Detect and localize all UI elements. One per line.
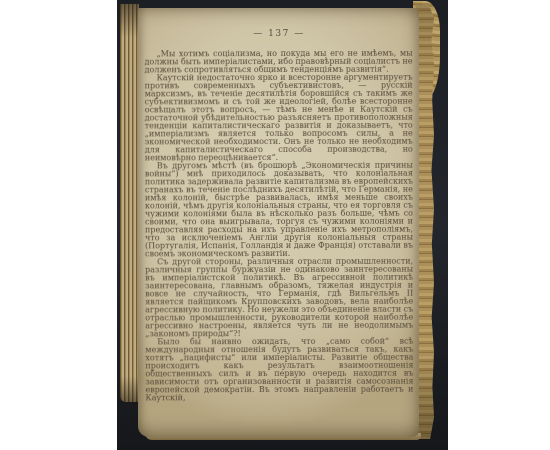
paragraph-kautsky-critique: Каутскій недостаточно ярко и всесторонне… <box>145 74 413 163</box>
page-text: „Мы хотимъ соціализма, но покуда мы его … <box>145 50 414 403</box>
book-photo: — 137 — „Мы хотимъ соціализма, но покуда… <box>117 0 448 450</box>
page-number: — 137 — <box>145 29 413 39</box>
book-gutter-pages <box>120 4 139 402</box>
paragraph-colonial-policy: Въ другомъ мѣстѣ (въ брошюрѣ „Экономичес… <box>145 162 413 259</box>
paragraph-industry-groups: Съ другой стороны, различныя отрасли про… <box>145 258 413 339</box>
book-page: — 137 — „Мы хотимъ соціализма, но покуда… <box>138 8 419 437</box>
photo-background: — 137 — „Мы хотимъ соціализма, но покуда… <box>0 0 550 450</box>
paragraph-conclusion: Было бы наивно ожидать, что „само собой“… <box>145 338 413 403</box>
paragraph-quote: „Мы хотимъ соціализма, но покуда мы его … <box>145 50 413 75</box>
